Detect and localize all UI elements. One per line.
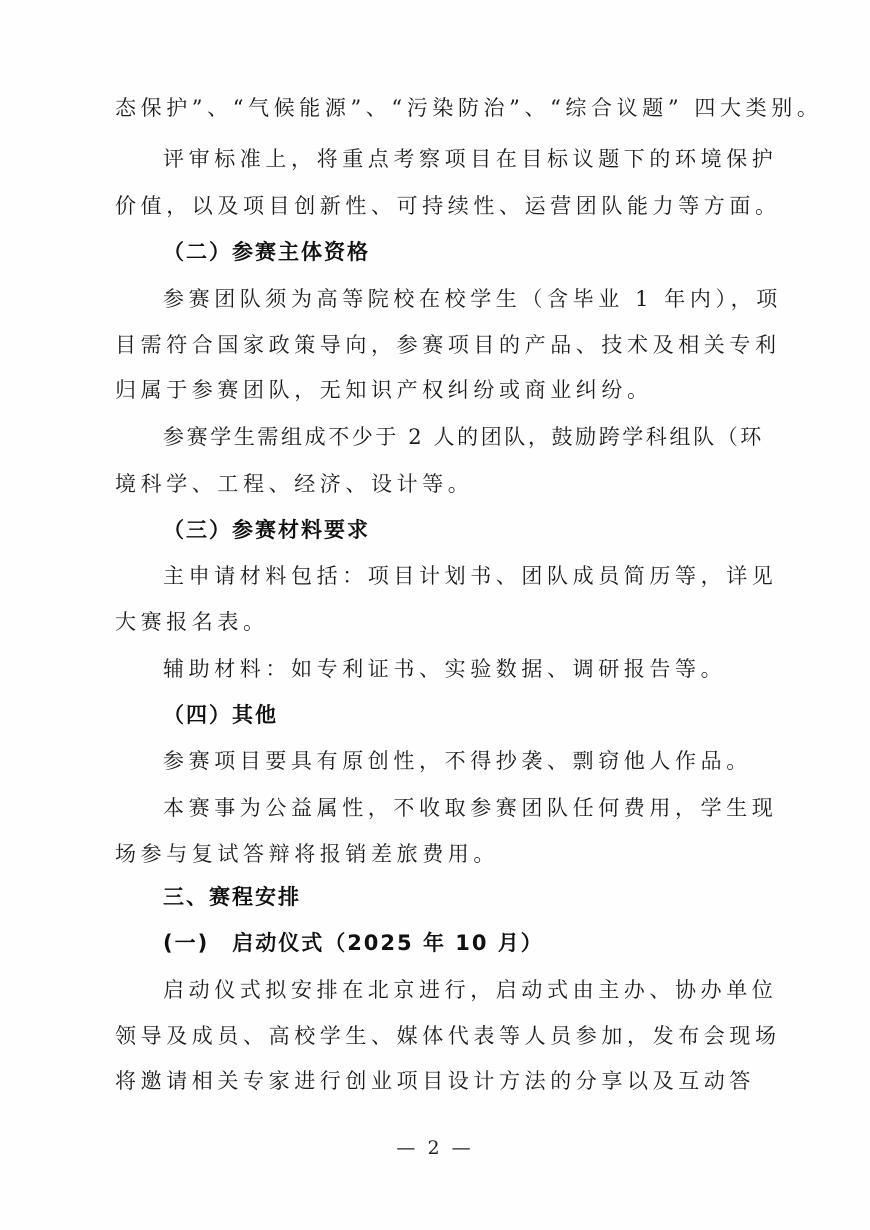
body-line: 将邀请相关专家进行创业项目设计方法的分享以及互动答	[115, 1066, 740, 1096]
heading-eligibility: （二）参赛主体资格	[163, 237, 788, 267]
paragraph-originality: 参赛项目要具有原创性，不得抄袭、剽窃他人作品。	[163, 746, 740, 776]
page-number: — 2 —	[0, 1137, 870, 1159]
body-line: 场参与复试答辩将报销差旅费用。	[115, 839, 740, 869]
paragraph-review-criteria: 评审标准上，将重点考察项目在目标议题下的环境保护	[163, 144, 740, 174]
subsection-launch-ceremony: (一) 启动仪式（2025 年 10 月）	[163, 928, 788, 958]
paragraph-main-materials: 主申请材料包括：项目计划书、团队成员简历等，详见	[163, 561, 740, 591]
paragraph-launch-ceremony: 启动仪式拟安排在北京进行，启动式由主办、协办单位	[163, 975, 740, 1005]
heading-other: （四）其他	[163, 700, 788, 730]
body-line: 目需符合国家政策导向，参赛项目的产品、技术及相关专利	[115, 330, 740, 360]
body-line: 领导及成员、高校学生、媒体代表等人员参加，发布会现场	[115, 1021, 740, 1051]
paragraph-fees: 本赛事为公益属性，不收取参赛团队任何费用，学生现	[163, 793, 740, 823]
body-line: 大赛报名表。	[115, 607, 740, 637]
body-line: 价值，以及项目创新性、可持续性、运营团队能力等方面。	[115, 191, 740, 221]
section-title-schedule: 三、赛程安排	[163, 882, 788, 912]
heading-materials: （三）参赛材料要求	[163, 515, 788, 545]
body-line: 境科学、工程、经济、设计等。	[115, 469, 740, 499]
body-line: 态保护”、“气候能源”、“污染防治”、“综合议题” 四大类别。	[115, 93, 740, 123]
paragraph-team-size: 参赛学生需组成不少于 2 人的团队，鼓励跨学科组队（环	[163, 422, 740, 452]
document-page: 态保护”、“气候能源”、“污染防治”、“综合议题” 四大类别。 评审标准上，将重…	[0, 0, 870, 1230]
paragraph-team-eligibility: 参赛团队须为高等院校在校学生（含毕业 1 年内），项	[163, 284, 740, 314]
body-line: 归属于参赛团队，无知识产权纠纷或商业纠纷。	[115, 375, 740, 405]
paragraph-auxiliary-materials: 辅助材料：如专利证书、实验数据、调研报告等。	[163, 654, 740, 684]
